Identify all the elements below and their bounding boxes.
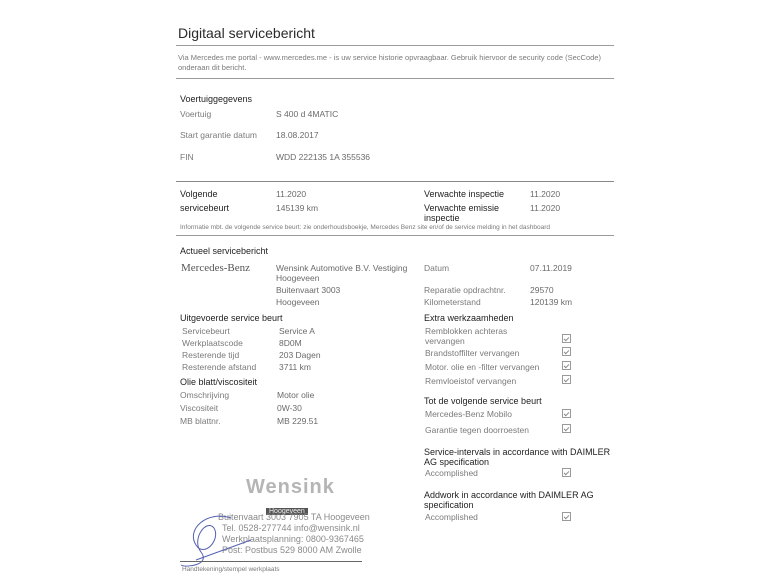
next-service-date: 11.2020	[276, 189, 306, 199]
remaining-distance-label: Resterende afstand	[182, 362, 256, 372]
extra-item-label: Motor. olie en -filter vervangen	[425, 362, 539, 372]
checkbox-checked	[562, 361, 571, 370]
intervals-heading: Service-intervals in accordance with DAI…	[424, 447, 619, 467]
mb-sheet-label: MB blattnr.	[180, 416, 221, 426]
vehicle-heading: Voertuiggegevens	[180, 94, 252, 104]
checkbox-checked	[562, 334, 571, 343]
inspection-value: 11.2020	[530, 189, 560, 199]
remaining-distance-value: 3711 km	[279, 362, 311, 372]
checkbox-checked	[562, 409, 571, 418]
next-service-label-1: Volgende	[180, 189, 218, 199]
divider	[176, 235, 614, 236]
emission-value: 11.2020	[530, 203, 560, 213]
vehicle-value: S 400 d 4MATIC	[276, 109, 338, 119]
warranty-value: 18.08.2017	[276, 130, 319, 140]
page-title: Digitaal servicebericht	[178, 25, 315, 41]
checkbox-checked	[562, 512, 571, 521]
next-service-note: Informatie mbt. de volgende service beur…	[180, 224, 550, 231]
extra-item-label: Brandstoffilter vervangen	[425, 348, 519, 358]
signature-line	[180, 561, 362, 562]
mb-sheet-value: MB 229.51	[277, 416, 318, 426]
until-next-item-label: Mercedes-Benz Mobilo	[425, 409, 512, 419]
next-service-label-2: servicebeurt	[180, 203, 229, 213]
order-value: 29570	[530, 285, 554, 295]
warranty-label: Start garantie datum	[180, 130, 257, 140]
mercedes-benz-logo: Mercedes-Benz	[181, 262, 250, 274]
until-next-item-label: Garantie tegen doorroesten	[425, 425, 529, 435]
current-heading: Actueel servicebericht	[180, 246, 268, 256]
viscosity-label: Viscositeit	[180, 403, 218, 413]
service-label: Servicebeurt	[182, 326, 230, 336]
date-label: Datum	[424, 263, 449, 273]
viscosity-value: 0W-30	[277, 403, 302, 413]
performed-heading: Uitgevoerde service beurt	[180, 313, 283, 323]
dealer-street: Buitenvaart 3003	[276, 285, 340, 295]
extra-item-label: Remblokken achteras vervangen	[425, 326, 535, 346]
oil-heading: Olie blatt/viscositeit	[180, 377, 257, 387]
order-label: Reparatie opdrachtnr.	[424, 285, 506, 295]
fin-label: FIN	[180, 152, 194, 162]
until-next-heading: Tot de volgende service beurt	[424, 396, 542, 406]
dealer-name: Wensink Automotive B.V. Vestiging Hoogev…	[276, 263, 421, 283]
intro-text: Via Mercedes me portal - www.mercedes.me…	[178, 53, 618, 73]
service-value: Service A	[279, 326, 315, 336]
date-value: 07.11.2019	[530, 263, 572, 273]
addwork-heading: Addwork in accordance with DAIMLER AG sp…	[424, 490, 614, 510]
intervals-item-label: Accomplished	[425, 468, 478, 478]
signature-caption: Handtekening/stempel werkplaats	[182, 566, 280, 573]
workshop-code-value: 8D0M	[279, 338, 302, 348]
checkbox-checked	[562, 347, 571, 356]
workshop-code-label: Werkplaatscode	[182, 338, 243, 348]
extra-heading: Extra werkzaamheden	[424, 313, 514, 323]
extra-item-label: Remvloeistof vervangen	[425, 376, 516, 386]
mileage-label: Kilometerstand	[424, 297, 481, 307]
checkbox-checked	[562, 424, 571, 433]
addwork-item-label: Accomplished	[425, 512, 478, 522]
oil-description-label: Omschrijving	[180, 390, 229, 400]
emission-label: Verwachte emissie inspectie	[424, 203, 514, 223]
fin-value: WDD 222135 1A 355536	[276, 152, 370, 162]
oil-description-value: Motor olie	[277, 390, 314, 400]
checkbox-checked	[562, 375, 571, 384]
next-service-km: 145139 km	[276, 203, 318, 213]
mileage-value: 120139 km	[530, 297, 572, 307]
divider	[176, 181, 614, 182]
inspection-label: Verwachte inspectie	[424, 189, 504, 199]
vehicle-label: Voertuig	[180, 109, 211, 119]
remaining-time-label: Resterende tijd	[182, 350, 239, 360]
dealer-city: Hoogeveen	[276, 297, 319, 307]
stamp-logo: Wensink	[246, 476, 335, 499]
divider	[176, 45, 614, 46]
remaining-time-value: 203 Dagen	[279, 350, 321, 360]
checkbox-checked	[562, 468, 571, 477]
divider	[176, 78, 614, 79]
